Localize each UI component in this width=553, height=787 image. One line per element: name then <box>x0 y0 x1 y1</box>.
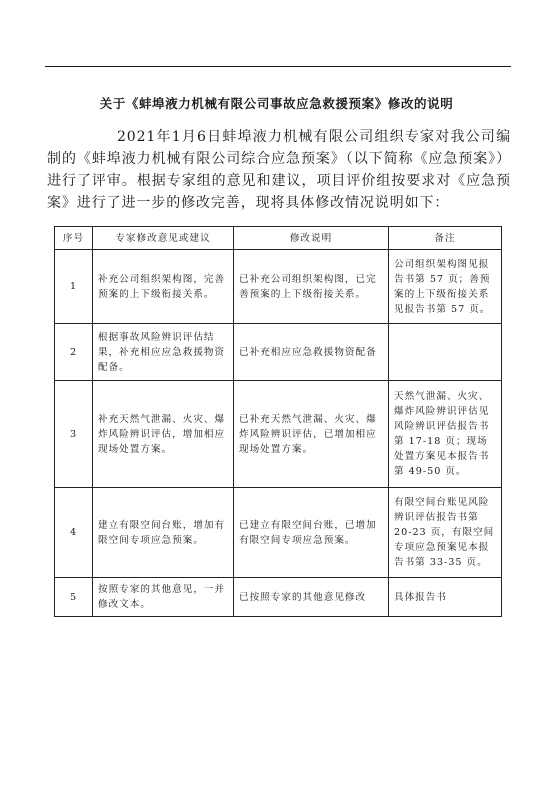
row-suggestion: 补充天然气泄漏、火灾、爆炸风险辨识评估，增加相应现场处置方案。 <box>93 381 234 488</box>
row-remark: 公司组织架构图见报告书第 57 页；善预案的上下级衔接关系见报告书第 57 页。 <box>389 250 502 324</box>
row-explanation: 已按照专家的其他意见修改 <box>234 578 389 617</box>
row-number: 4 <box>55 488 93 578</box>
header-suggestion: 专家修改意见或建议 <box>93 227 234 250</box>
header-rule <box>45 66 511 67</box>
row-number: 2 <box>55 324 93 381</box>
row-suggestion: 按照专家的其他意见，一并修改文本。 <box>93 578 234 617</box>
document-title: 关于《蚌埠液力机械有限公司事故应急救援预案》修改的说明 <box>0 94 553 112</box>
row-remark: 天然气泄漏、火灾、爆炸风险辨识评估见风险辨识评估报告书第 17-18 页；现场处… <box>389 381 502 488</box>
row-explanation: 已补充天然气泄漏、火灾、爆炸风险辨识评估，已增加相应现场处置方案。 <box>234 381 389 488</box>
row-suggestion: 根据事故风险辨识评估结果，补充相应应急救援物资配备。 <box>93 324 234 381</box>
table-row: 2 根据事故风险辨识评估结果，补充相应应急救援物资配备。 已补充相应应急救援物资… <box>55 324 502 381</box>
row-remark: 有限空间台账见风险辨识评估报告书第 20-23 页，有限空间专项应急预案见本报告… <box>389 488 502 578</box>
intro-paragraph: 2021年1月6日蚌埠液力机械有限公司组织专家对我公司编制的《蚌埠液力机械有限公… <box>47 126 511 214</box>
table-header-row: 序号 专家修改意见或建议 修改说明 备注 <box>55 227 502 250</box>
row-suggestion: 补充公司组织架构图，完善预案的上下级衔接关系。 <box>93 250 234 324</box>
row-remark <box>389 324 502 381</box>
header-remark: 备注 <box>389 227 502 250</box>
table-row: 3 补充天然气泄漏、火灾、爆炸风险辨识评估，增加相应现场处置方案。 已补充天然气… <box>55 381 502 488</box>
header-explanation: 修改说明 <box>234 227 389 250</box>
row-explanation: 已补充公司组织架构图，已完善预案的上下级衔接关系。 <box>234 250 389 324</box>
revision-table: 序号 专家修改意见或建议 修改说明 备注 1 补充公司组织架构图，完善预案的上下… <box>54 226 502 617</box>
row-number: 3 <box>55 381 93 488</box>
row-explanation: 已建立有限空间台账，已增加有限空间专项应急预案。 <box>234 488 389 578</box>
row-remark: 具体报告书 <box>389 578 502 617</box>
row-explanation: 已补充相应应急救援物资配备 <box>234 324 389 381</box>
table-row: 4 建立有限空间台账，增加有限空间专项应急预案。 已建立有限空间台账，已增加有限… <box>55 488 502 578</box>
row-number: 5 <box>55 578 93 617</box>
table-row: 5 按照专家的其他意见，一并修改文本。 已按照专家的其他意见修改 具体报告书 <box>55 578 502 617</box>
table-row: 1 补充公司组织架构图，完善预案的上下级衔接关系。 已补充公司组织架构图，已完善… <box>55 250 502 324</box>
header-no: 序号 <box>55 227 93 250</box>
row-suggestion: 建立有限空间台账，增加有限空间专项应急预案。 <box>93 488 234 578</box>
row-number: 1 <box>55 250 93 324</box>
